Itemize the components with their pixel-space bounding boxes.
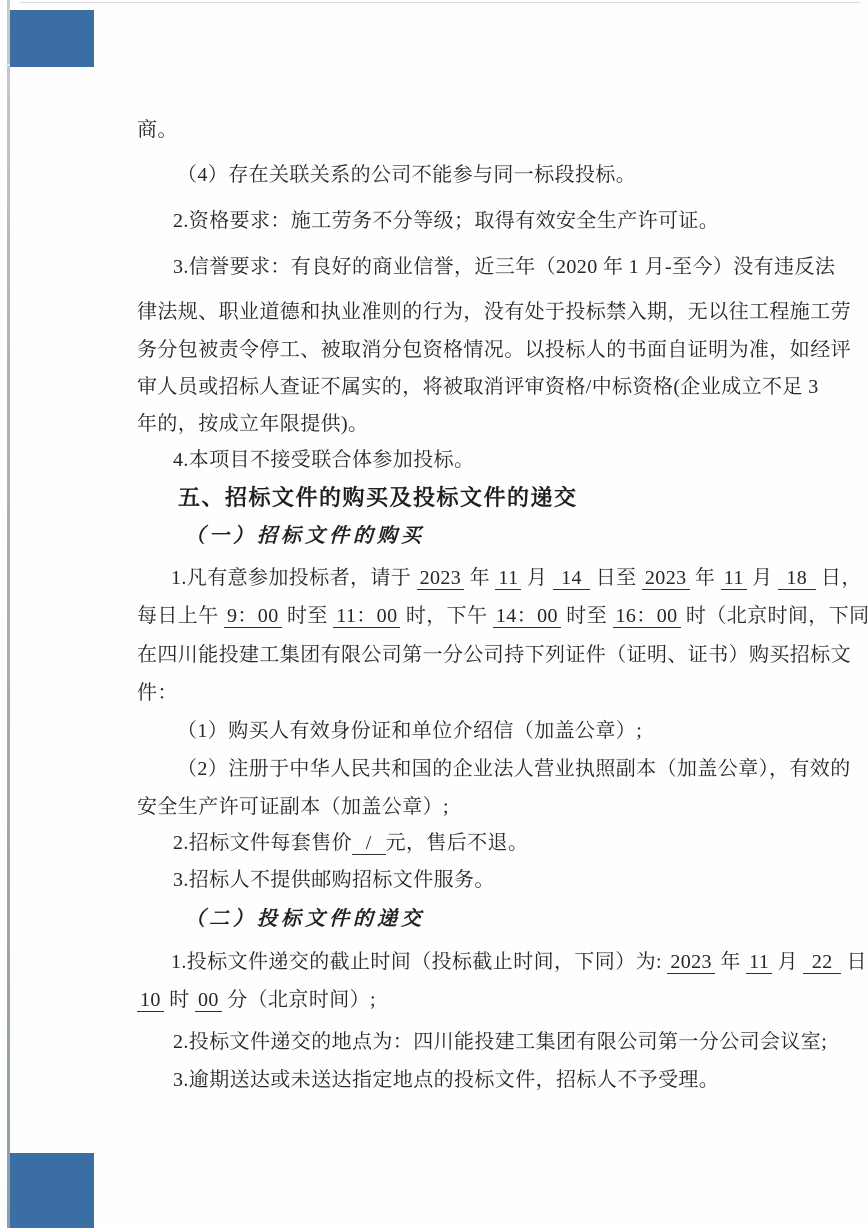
document-page: 商。（4）存在关联关系的公司不能参与同一标段投标。2.资格要求：施工劳务不分等级… — [0, 0, 868, 1228]
text-line: （4）存在关联关系的公司不能参与同一标段投标。 — [177, 163, 636, 188]
text-run: 2.资格要求：施工劳务不分等级；取得有效安全生产许可证。 — [173, 210, 719, 232]
underlined-value: 2023 — [667, 951, 715, 974]
underlined-value: 00 — [195, 989, 222, 1012]
underlined-value: 14：00 — [493, 605, 561, 628]
underlined-value: / — [352, 832, 386, 855]
text-run: 件： — [137, 682, 178, 704]
text-run: 年 — [715, 951, 746, 973]
text-run: 时，下午 — [400, 605, 492, 627]
text-run: 2.投标文件递交的地点为：四川能投建工集团有限公司第一分公司会议室; — [173, 1031, 827, 1053]
text-run: 日 — [841, 951, 867, 973]
text-run: 月 — [772, 951, 803, 973]
text-run: 4.本项目不接受联合体参加投标。 — [173, 449, 474, 471]
sub-section-heading: （一）招标文件的购买 — [185, 524, 425, 549]
text-run: 1.投标文件递交的截止时间（投标截止时间，下同）为: — [171, 951, 667, 973]
underlined-value: 11：00 — [333, 605, 400, 628]
text-run: （1）购买人有效身份证和单位介绍信（加盖公章）; — [177, 720, 642, 742]
underlined-value: 18 — [778, 567, 816, 590]
text-run: 年 — [690, 567, 721, 589]
text-line: 年的，按成立年限提供)。 — [137, 412, 368, 437]
text-run: 月 — [747, 567, 778, 589]
text-run: （4）存在关联关系的公司不能参与同一标段投标。 — [177, 164, 636, 186]
text-run: 年的，按成立年限提供)。 — [137, 413, 368, 435]
text-line: 务分包被责令停工、被取消分包资格情况。以投标人的书面自证明为准，如经评 — [137, 338, 851, 363]
text-run: 审人员或招标人查证不属实的，将被取消评审资格/中标资格(企业成立不足 3 — [137, 376, 819, 398]
underlined-value: 22 — [803, 951, 841, 974]
text-line: 2.招标文件每套售价 / 元，售后不退。 — [173, 831, 528, 856]
text-run: 3.逾期送达或未送达指定地点的投标文件，招标人不予受理。 — [173, 1069, 719, 1091]
sub-section-heading: （二）投标文件的递交 — [185, 907, 425, 932]
text-line: 3.逾期送达或未送达指定地点的投标文件，招标人不予受理。 — [173, 1068, 719, 1093]
text-run: 律法规、职业道德和执业准则的行为，没有处于投标禁入期，无以往工程施工劳 — [137, 301, 851, 323]
text-line: 律法规、职业道德和执业准则的行为，没有处于投标禁入期，无以往工程施工劳 — [137, 300, 851, 325]
text-run: 务分包被责令停工、被取消分包资格情况。以投标人的书面自证明为准，如经评 — [137, 339, 851, 361]
text-line: 安全生产许可证副本（加盖公章）; — [137, 795, 449, 820]
text-line: 3.招标人不提供邮购招标文件服务。 — [173, 868, 495, 893]
underlined-value: 2023 — [642, 567, 690, 590]
text-run: 商。 — [137, 119, 178, 141]
text-run: 时 — [164, 989, 195, 1011]
text-line: 10 时 00 分（北京时间）; — [137, 988, 376, 1013]
text-run: 五、招标文件的购买及投标文件的递交 — [178, 485, 578, 510]
underlined-value: 10 — [137, 989, 164, 1012]
underlined-value: 11 — [721, 567, 747, 590]
text-line: 1.凡有意参加投标者，请于 2023 年 11 月 14 日至 2023 年 1… — [171, 566, 862, 591]
text-line: （1）购买人有效身份证和单位介绍信（加盖公章）; — [177, 719, 642, 744]
text-run: 在四川能投建工集团有限公司第一分公司持下列证件（证明、证书）购买招标文 — [137, 644, 851, 666]
text-run: （2）注册于中华人民共和国的企业法人营业执照副本（加盖公章），有效的 — [177, 758, 851, 780]
text-line: 审人员或招标人查证不属实的，将被取消评审资格/中标资格(企业成立不足 3 — [137, 375, 819, 400]
underlined-value: 9：00 — [224, 605, 282, 628]
text-run: 月 — [521, 567, 552, 589]
underlined-value: 2023 — [417, 567, 465, 590]
text-run: 每日上午 — [137, 605, 224, 627]
text-line: 在四川能投建工集团有限公司第一分公司持下列证件（证明、证书）购买招标文 — [137, 643, 851, 668]
text-run: 时至 — [561, 605, 613, 627]
underlined-value: 16：00 — [613, 605, 681, 628]
text-run: 安全生产许可证副本（加盖公章）; — [137, 796, 449, 818]
document-body: 商。（4）存在关联关系的公司不能参与同一标段投标。2.资格要求：施工劳务不分等级… — [0, 0, 868, 1228]
underlined-value: 11 — [746, 951, 772, 974]
underlined-value: 14 — [553, 567, 591, 590]
text-line: （2）注册于中华人民共和国的企业法人营业执照副本（加盖公章），有效的 — [177, 757, 851, 782]
text-run: 元，售后不退。 — [386, 832, 529, 854]
text-run: 时至 — [282, 605, 334, 627]
text-line: 件： — [137, 681, 178, 706]
text-line: 每日上午 9：00 时至 11：00 时，下午 14：00 时至 16：00 时… — [137, 604, 868, 629]
text-line: 商。 — [137, 118, 178, 143]
text-run: 日至 — [590, 567, 642, 589]
text-run: 时（北京时间，下同）， — [681, 605, 868, 627]
text-run: 分（北京时间）; — [222, 989, 376, 1011]
text-line: 4.本项目不接受联合体参加投标。 — [173, 448, 474, 473]
text-line: 2.投标文件递交的地点为：四川能投建工集团有限公司第一分公司会议室; — [173, 1030, 827, 1055]
text-run: 日， — [816, 567, 862, 589]
text-line: 1.投标文件递交的截止时间（投标截止时间，下同）为: 2023 年 11 月 2… — [171, 950, 867, 975]
text-run: 3.招标人不提供邮购招标文件服务。 — [173, 869, 495, 891]
text-run: 年 — [464, 567, 495, 589]
section-heading: 五、招标文件的购买及投标文件的递交 — [178, 484, 578, 512]
text-run: 3.信誉要求：有良好的商业信誉，近三年（2020 年 1 月-至今）没有违反法 — [173, 256, 835, 278]
text-run: （一）招标文件的购买 — [185, 525, 425, 547]
text-line: 3.信誉要求：有良好的商业信誉，近三年（2020 年 1 月-至今）没有违反法 — [173, 255, 835, 280]
underlined-value: 11 — [495, 567, 521, 590]
text-line: 2.资格要求：施工劳务不分等级；取得有效安全生产许可证。 — [173, 209, 719, 234]
text-run: （二）投标文件的递交 — [185, 908, 425, 930]
text-run: 1.凡有意参加投标者，请于 — [171, 567, 417, 589]
text-run: 2.招标文件每套售价 — [173, 832, 352, 854]
